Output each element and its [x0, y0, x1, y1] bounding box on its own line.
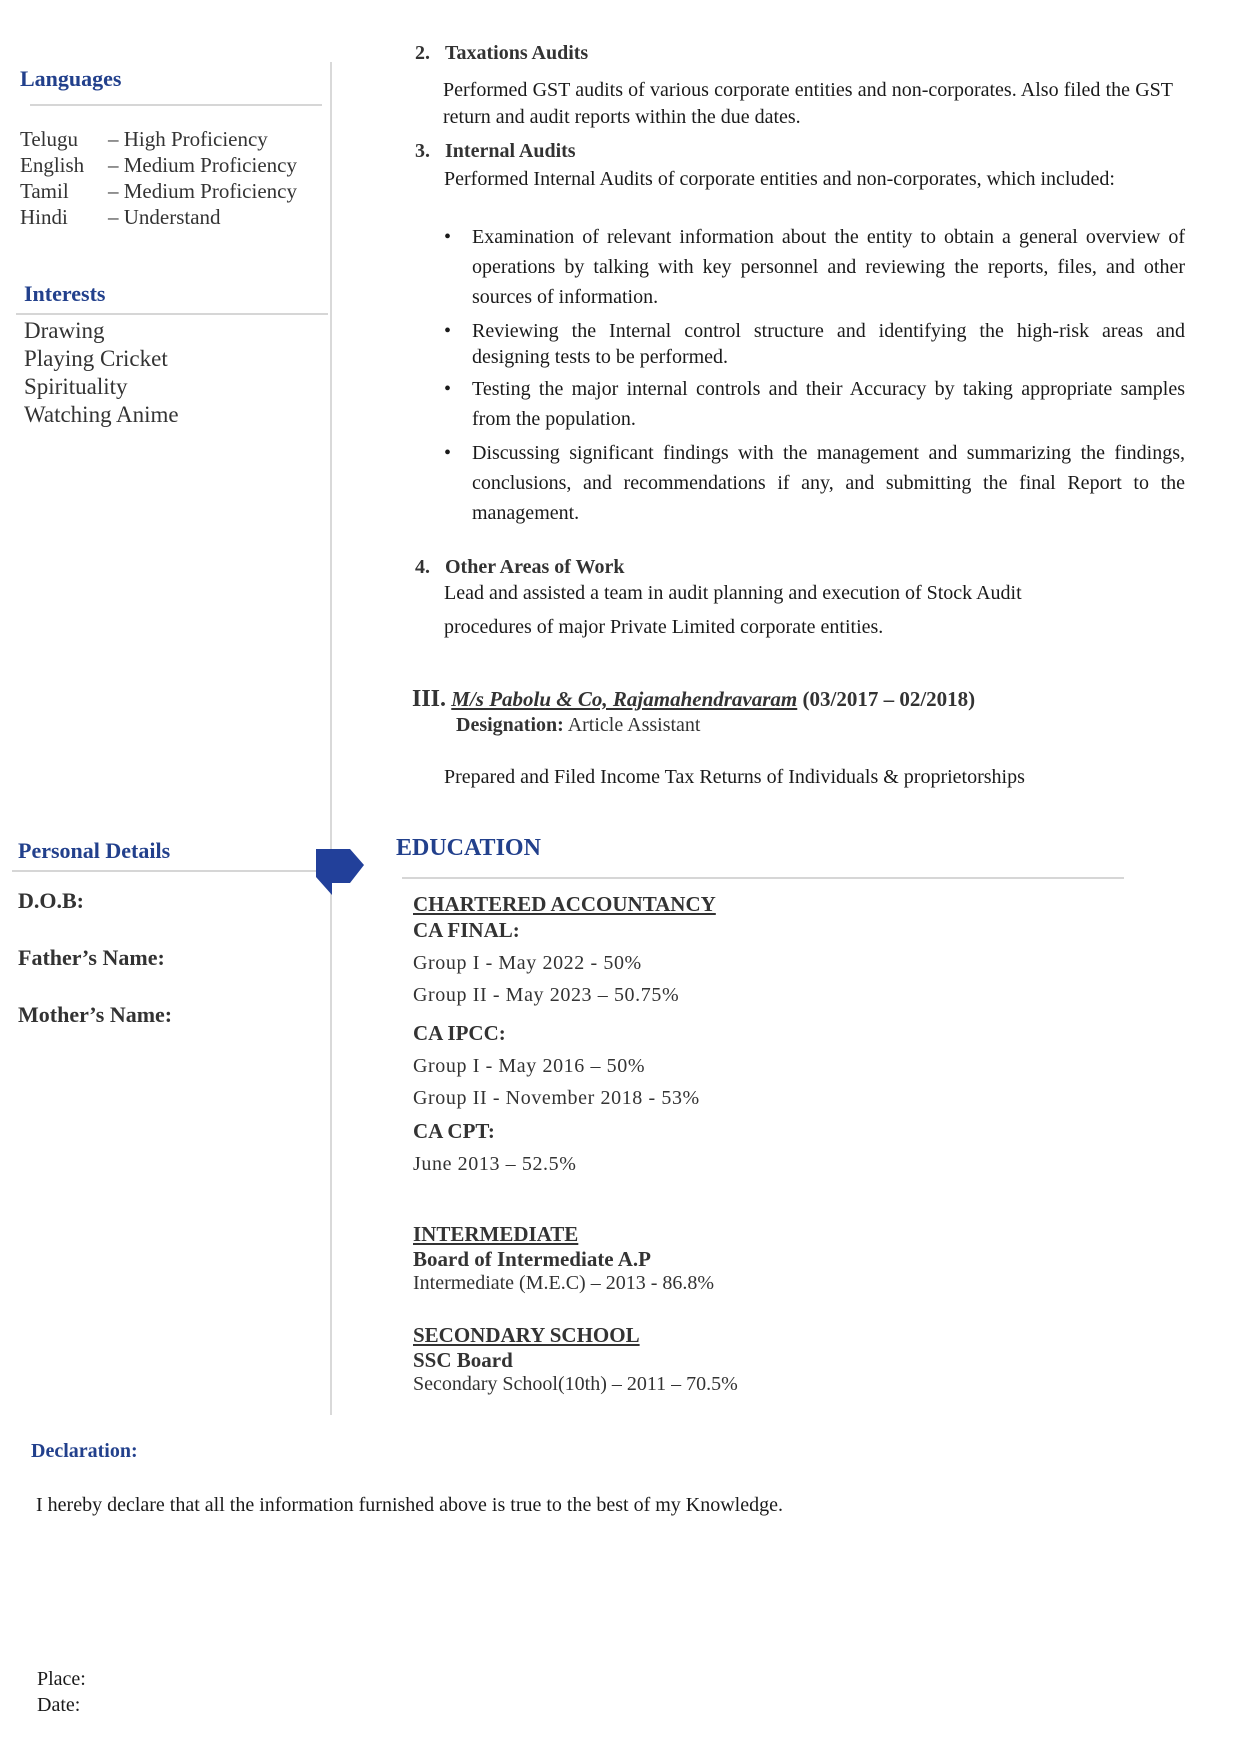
firm-number: III.	[412, 686, 446, 712]
ca-cpt-label: CA CPT:	[413, 1119, 716, 1144]
intermediate-title: INTERMEDIATE	[413, 1222, 714, 1247]
bullet-item: •Testing the major internal controls and…	[408, 374, 1185, 434]
experience-item-text: Lead and assisted a team in audit planni…	[444, 582, 1022, 605]
secondary-section: SECONDARY SCHOOL SSC Board Secondary Sch…	[413, 1323, 738, 1396]
interests-rule	[16, 313, 328, 315]
experience-item-heading: 4.Other Areas of Work	[415, 556, 1175, 579]
experience-item-heading: 3.Internal Audits	[415, 140, 1175, 163]
firm-heading: III. M/s Pabolu & Co, Rajamahendravaram …	[412, 686, 975, 713]
intermediate-detail: Intermediate (M.E.C) – 2013 - 86.8%	[413, 1272, 714, 1295]
personal-details-rule	[12, 870, 328, 872]
language-item: Tamil– Medium Proficiency	[20, 178, 297, 204]
interest-item: Spirituality	[24, 373, 179, 401]
experience-item: 4.Other Areas of Work	[415, 556, 1175, 579]
languages-list: Telugu– High Proficiency English– Medium…	[20, 126, 297, 230]
language-item: Telugu– High Proficiency	[20, 126, 297, 152]
declaration-heading: Declaration:	[31, 1440, 138, 1463]
experience-section: 2.Taxations Audits	[415, 42, 1175, 65]
experience-item-heading: 2.Taxations Audits	[415, 42, 1175, 65]
languages-heading: Languages	[20, 66, 121, 92]
bullet-item: •Examination of relevant information abo…	[408, 222, 1185, 312]
languages-rule	[30, 104, 322, 106]
secondary-board: SSC Board	[413, 1348, 738, 1373]
bullet-item: •Discussing significant findings with th…	[408, 438, 1185, 528]
ca-ipcc-row: Group I - May 2016 – 50%	[413, 1055, 716, 1078]
education-rule	[402, 877, 1124, 879]
ca-ipcc-row: Group II - November 2018 - 53%	[413, 1087, 716, 1110]
dob-label: D.O.B:	[18, 888, 84, 914]
bullet-icon: •	[444, 318, 451, 344]
internal-audit-bullets: •Examination of relevant information abo…	[408, 222, 1185, 532]
language-item: Hindi– Understand	[20, 204, 297, 230]
interests-heading: Interests	[24, 281, 105, 307]
language-item: English– Medium Proficiency	[20, 152, 297, 178]
intermediate-section: INTERMEDIATE Board of Intermediate A.P I…	[413, 1222, 714, 1295]
date-label: Date:	[37, 1694, 80, 1717]
firm-period: (03/2017 – 02/2018)	[803, 687, 976, 711]
designation-line: Designation: Article Assistant	[456, 714, 700, 737]
firm-description: Prepared and Filed Income Tax Returns of…	[444, 766, 1025, 789]
interest-item: Drawing	[24, 317, 179, 345]
designation-value: Article Assistant	[568, 714, 701, 736]
interests-list: Drawing Playing Cricket Spirituality Wat…	[24, 317, 179, 429]
interest-item: Playing Cricket	[24, 345, 179, 373]
intermediate-board: Board of Intermediate A.P	[413, 1247, 714, 1272]
bullet-item: •Reviewing the Internal control structur…	[408, 318, 1185, 370]
designation-label: Designation:	[456, 714, 564, 736]
interest-item: Watching Anime	[24, 401, 179, 429]
declaration-text: I hereby declare that all the informatio…	[36, 1494, 783, 1517]
father-name-label: Father’s Name:	[18, 945, 165, 971]
experience-item-text: procedures of major Private Limited corp…	[444, 616, 883, 639]
ca-final-row: Group II - May 2023 – 50.75%	[413, 984, 716, 1007]
bullet-icon: •	[444, 438, 451, 468]
place-label: Place:	[37, 1668, 86, 1691]
firm-name: M/s Pabolu & Co, Rajamahendravaram	[451, 687, 797, 711]
secondary-title: SECONDARY SCHOOL	[413, 1323, 738, 1348]
ca-cpt-row: June 2013 – 52.5%	[413, 1153, 716, 1176]
vertical-divider	[330, 62, 332, 1415]
ca-section: CHARTERED ACCOUNTANCY CA FINAL: Group I …	[413, 892, 716, 1176]
experience-item-text: Performed Internal Audits of corporate e…	[444, 166, 1185, 193]
ca-ipcc-label: CA IPCC:	[413, 1021, 716, 1046]
section-flag-icon	[316, 849, 366, 905]
personal-details-heading: Personal Details	[18, 838, 170, 864]
experience-item-text: Performed GST audits of various corporat…	[443, 77, 1173, 131]
education-heading: EDUCATION	[396, 835, 541, 862]
bullet-icon: •	[444, 222, 451, 252]
secondary-detail: Secondary School(10th) – 2011 – 70.5%	[413, 1373, 738, 1396]
experience-item: 3.Internal Audits	[415, 140, 1175, 163]
mother-name-label: Mother’s Name:	[18, 1002, 172, 1028]
ca-final-row: Group I - May 2022 - 50%	[413, 952, 716, 975]
bullet-icon: •	[444, 374, 451, 404]
ca-title: CHARTERED ACCOUNTANCY	[413, 892, 716, 917]
ca-final-label: CA FINAL:	[413, 918, 716, 943]
